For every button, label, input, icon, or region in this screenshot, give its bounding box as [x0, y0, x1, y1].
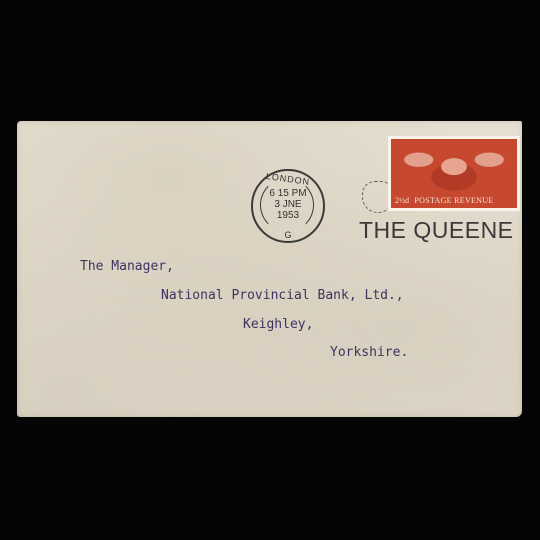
- slogan-cancel-text: THE QUEENE: [359, 217, 514, 244]
- postmark-year: 1953: [253, 210, 323, 221]
- address-line-bank: National Provincial Bank, Ltd.,: [161, 288, 404, 303]
- stamp-label: POSTAGE REVENUE: [391, 196, 517, 205]
- envelope: LONDON 6 15 PM 3 JNE 1953 G THE QUEENE 2…: [17, 121, 522, 417]
- queen-portrait-icon: 2½d POSTAGE REVENUE: [391, 139, 517, 208]
- address-line-county: Yorkshire.: [330, 345, 408, 360]
- postmark-time: 6 15 PM: [253, 188, 323, 199]
- postmark-code: G: [253, 230, 323, 240]
- postmark-date: 3 JNE: [253, 199, 323, 210]
- address-line-town: Keighley,: [243, 317, 313, 332]
- postage-stamp: 2½d POSTAGE REVENUE: [388, 136, 520, 211]
- postmark-circle: LONDON 6 15 PM 3 JNE 1953 G: [251, 169, 325, 243]
- address-line-recipient: The Manager,: [80, 259, 174, 274]
